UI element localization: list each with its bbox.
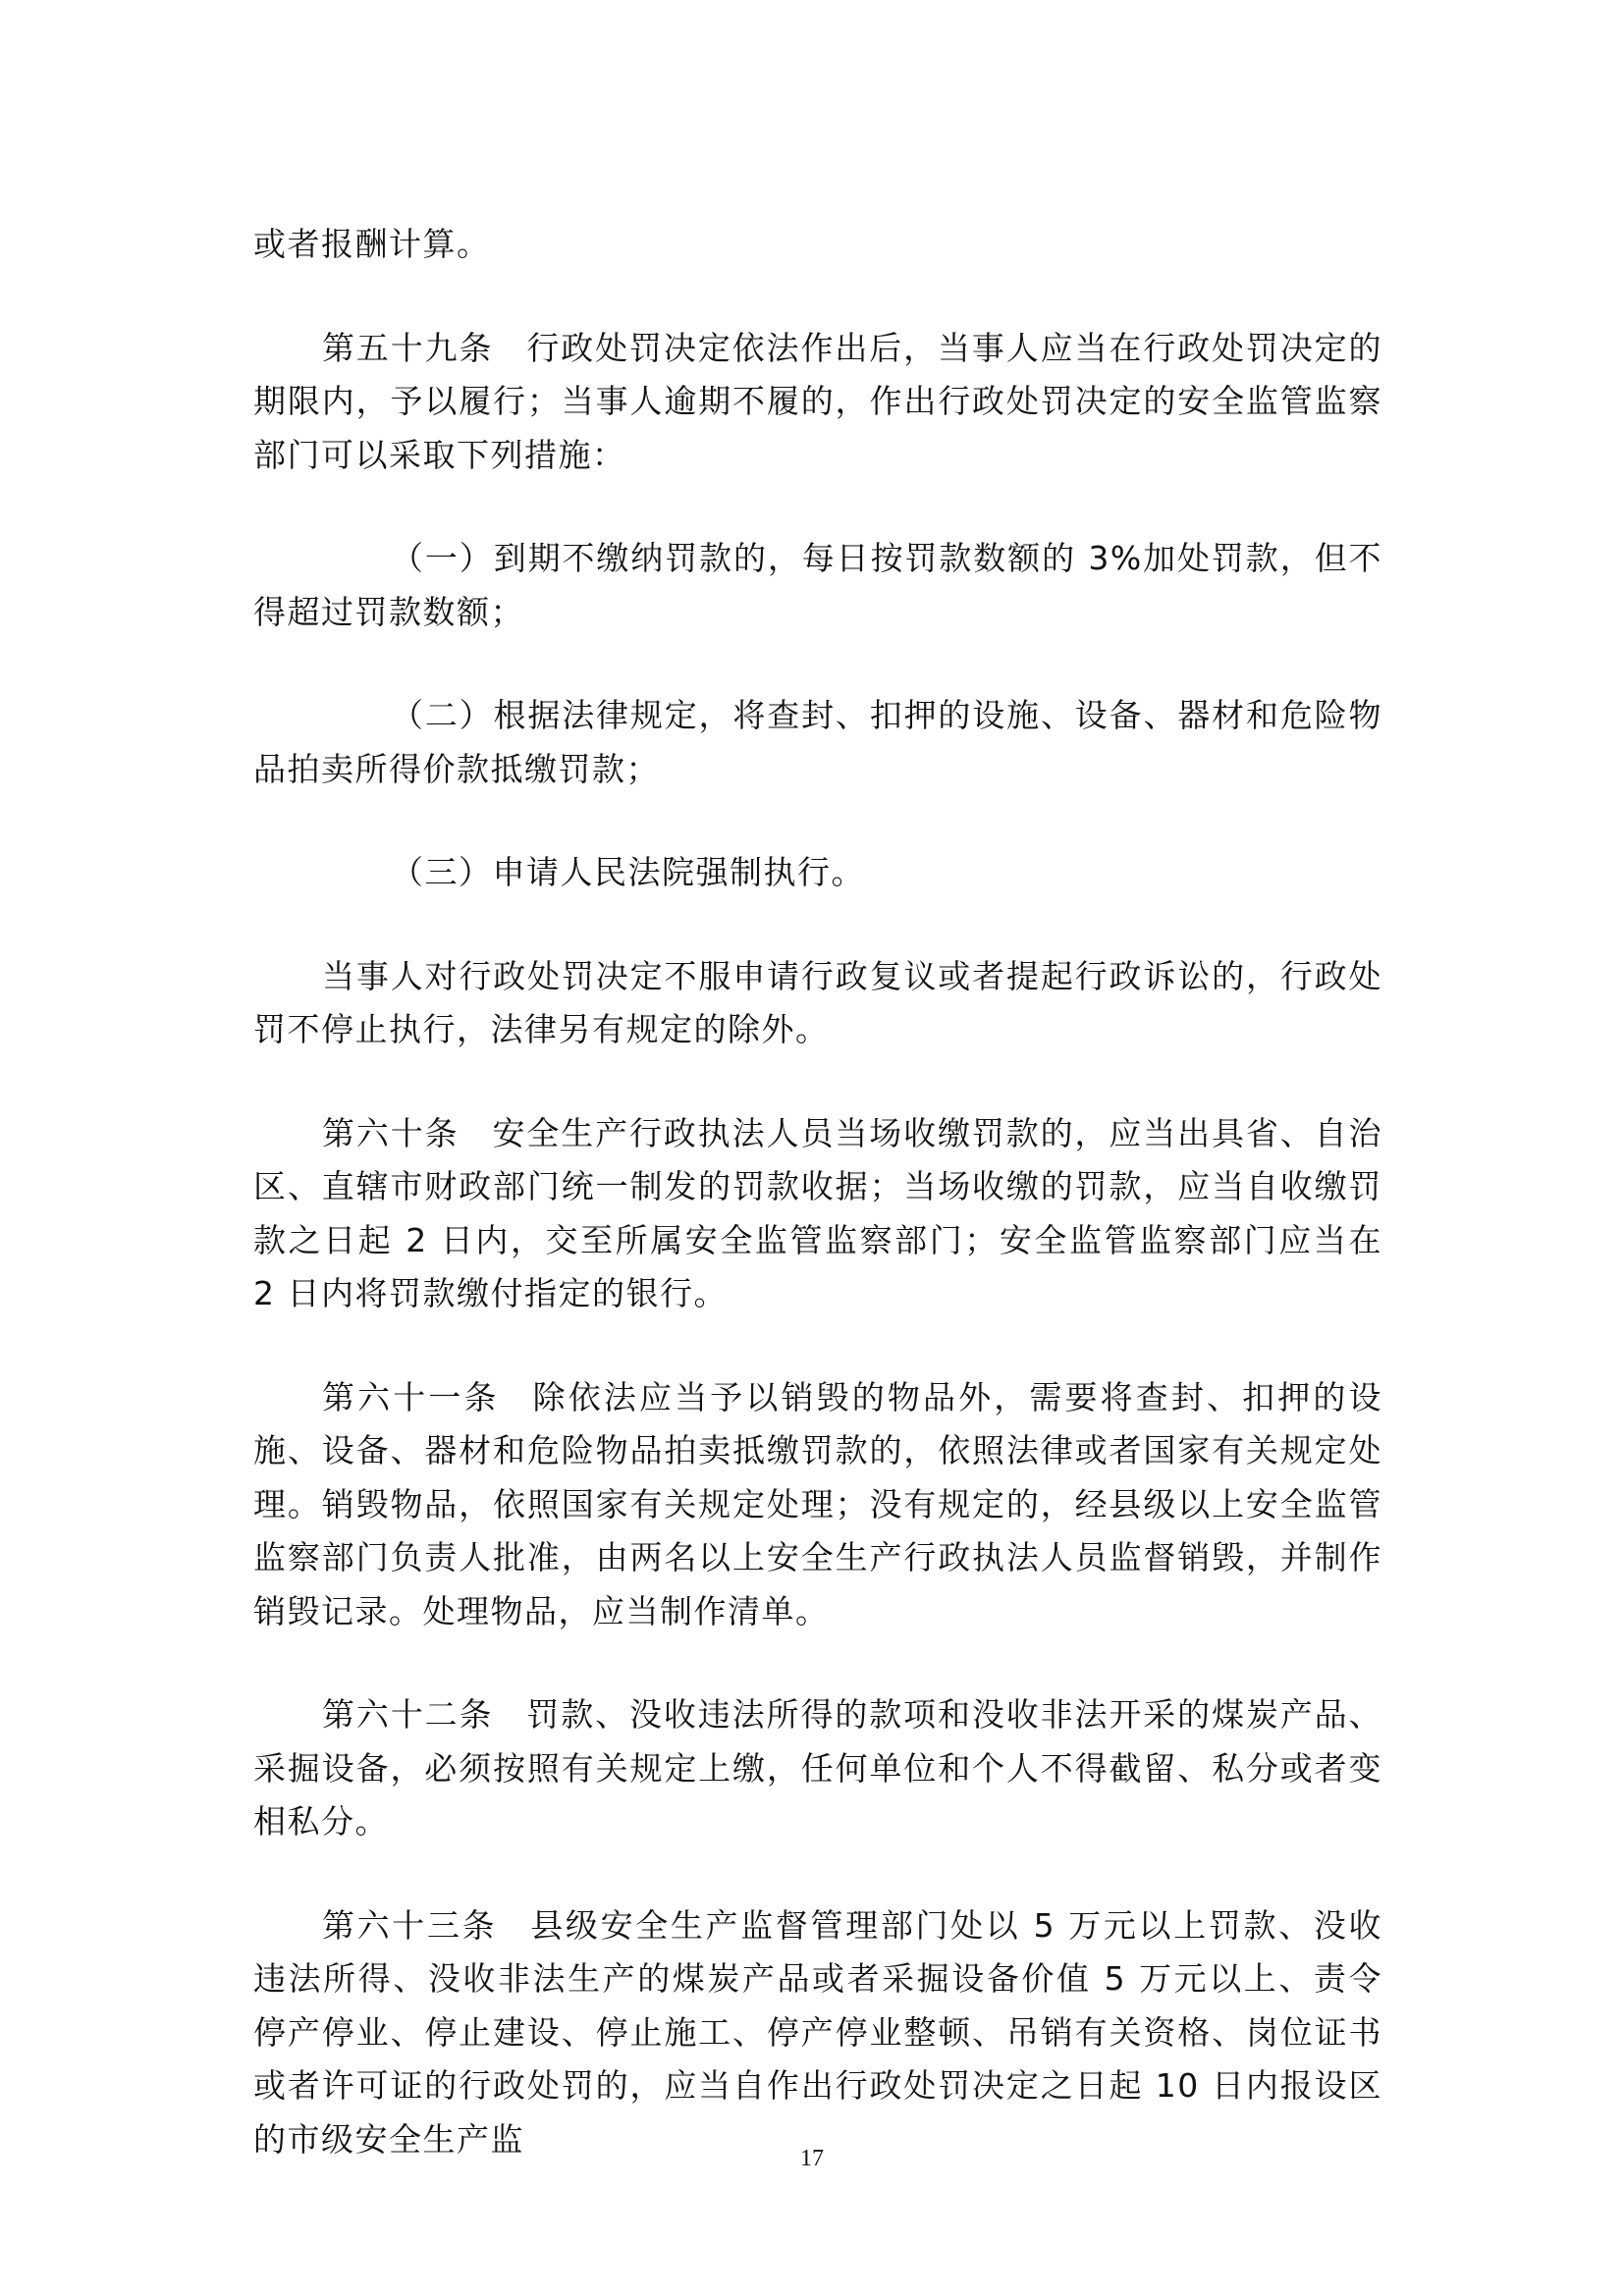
- page-content: 或者报酬计算。 第五十九条行政处罚决定依法作出后，当事人应当在行政处罚决定的期限…: [253, 218, 1382, 2216]
- article-62: 第六十二条罚款、没收违法所得的款项和没收非法开采的煤炭产品、采掘设备，必须按照有…: [253, 1688, 1382, 1849]
- continuation-paragraph: 或者报酬计算。: [253, 218, 1382, 272]
- article-60: 第六十条安全生产行政执法人员当场收缴罚款的，应当出具省、自治区、直辖市财政部门统…: [253, 1107, 1382, 1321]
- article-number: 第六十一条: [322, 1378, 500, 1416]
- list-item-2: （二）根据法律规定，将查封、扣押的设施、设备、器材和危险物品拍卖所得价款抵缴罚款…: [253, 689, 1382, 796]
- item-text: （三）申请人民法院强制执行。: [391, 853, 865, 891]
- paragraph-text: 或者报酬计算。: [253, 225, 491, 263]
- article-number: 第六十三条: [322, 1906, 497, 1945]
- item-text: （二）根据法律规定，将查封、扣押的设施、设备、器材和危险物品拍卖所得价款抵缴罚款…: [253, 696, 1382, 788]
- list-item-3: （三）申请人民法院强制执行。: [253, 846, 1382, 900]
- article-63: 第六十三条县级安全生产监督管理部门处以 5 万元以上罚款、没收违法所得、没收非法…: [253, 1899, 1382, 2167]
- list-item-1: （一）到期不缴纳罚款的，每日按罚款数额的 3%加处罚款，但不得超过罚款数额；: [253, 532, 1382, 639]
- article-59: 第五十九条行政处罚决定依法作出后，当事人应当在行政处罚决定的期限内，予以履行；当…: [253, 322, 1382, 483]
- paragraph-text: 当事人对行政处罚决定不服申请行政复议或者提起行政诉讼的，行政处罚不停止执行，法律…: [253, 957, 1382, 1049]
- page-number: 17: [0, 2146, 1624, 2172]
- article-61: 第六十一条除依法应当予以销毁的物品外，需要将查封、扣押的设施、设备、器材和危险物…: [253, 1371, 1382, 1639]
- article-number: 第六十二条: [322, 1695, 493, 1734]
- document-page: 或者报酬计算。 第五十九条行政处罚决定依法作出后，当事人应当在行政处罚决定的期限…: [0, 0, 1624, 2296]
- item-text: （一）到期不缴纳罚款的，每日按罚款数额的 3%加处罚款，但不得超过罚款数额；: [253, 539, 1382, 631]
- article-number: 第六十条: [322, 1114, 460, 1152]
- paragraph-appeal: 当事人对行政处罚决定不服申请行政复议或者提起行政诉讼的，行政处罚不停止执行，法律…: [253, 950, 1382, 1057]
- article-number: 第五十九条: [322, 329, 493, 367]
